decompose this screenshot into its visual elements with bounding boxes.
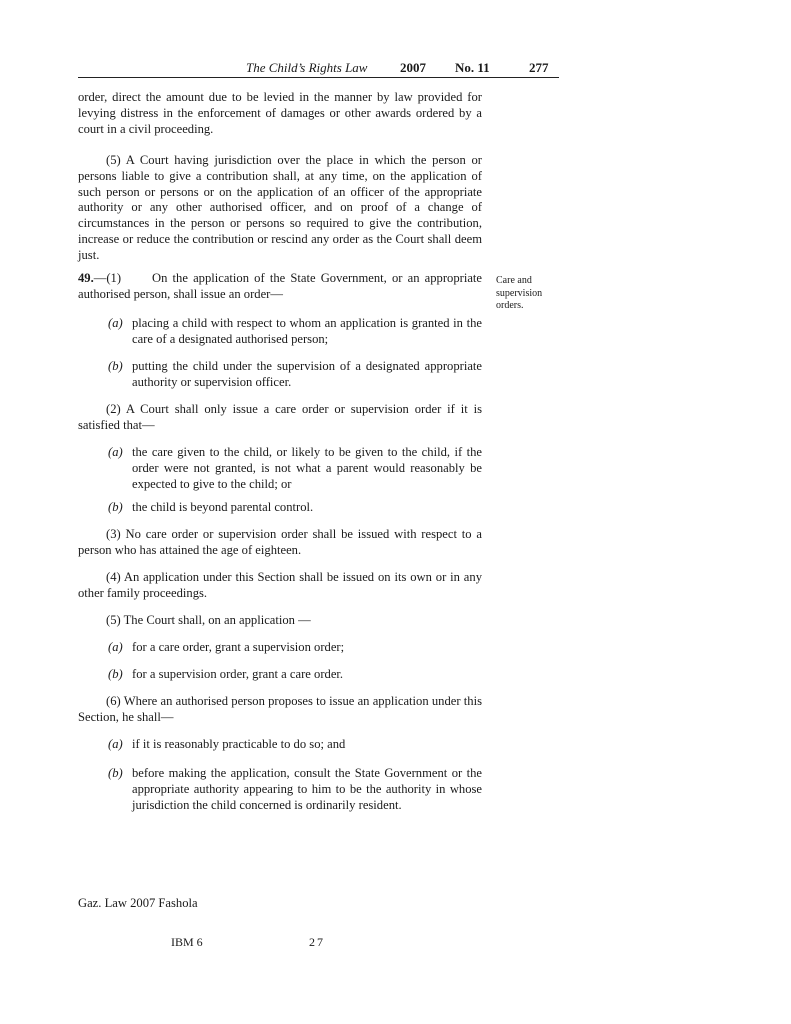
section-49-subsection-4: (4) An application under this Section sh… [78, 570, 482, 602]
header-page-number: 277 [529, 60, 549, 76]
item-text: if it is reasonably practicable to do so… [132, 737, 482, 753]
item-label: (a) [108, 737, 132, 753]
list-item: (a) placing a child with respect to whom… [108, 316, 482, 348]
header-year: 2007 [400, 60, 426, 76]
item-text: the child is beyond parental control. [132, 500, 482, 516]
section-number: 49. [78, 271, 94, 285]
section-49-subsection-3: (3) No care order or supervision order s… [78, 527, 482, 559]
item-text: the care given to the child, or likely t… [132, 445, 482, 492]
list-item: (b) for a supervision order, grant a car… [108, 667, 482, 683]
list-item: (b) putting the child under the supervis… [108, 359, 482, 391]
subsection-text: On the application of the State Governme… [78, 271, 482, 301]
section-49-subsection-2: (2) A Court shall only issue a care orde… [78, 402, 482, 434]
item-label: (a) [108, 445, 132, 461]
continuation-paragraph: order, direct the amount due to be levie… [78, 90, 482, 137]
item-text: placing a child with respect to whom an … [132, 316, 482, 348]
item-text: for a care order, grant a supervision or… [132, 640, 482, 656]
item-text: putting the child under the supervision … [132, 359, 482, 391]
item-label: (b) [108, 500, 132, 516]
list-item: (a) the care given to the child, or like… [108, 445, 482, 492]
paragraph-prev-5: (5) A Court having jurisdiction over the… [78, 153, 482, 264]
header-law-number: No. 11 [455, 60, 490, 76]
item-label: (b) [108, 766, 132, 782]
footer-gazette-reference: Gaz. Law 2007 Fashola [78, 896, 198, 911]
section-49-subsection-5: (5) The Court shall, on an application — [78, 613, 482, 629]
footer-sheet-number: 27 [309, 935, 325, 950]
item-label: (b) [108, 359, 132, 375]
header-title: The Child’s Rights Law [246, 60, 367, 76]
footer-printer-code: IBM 6 [171, 935, 203, 950]
list-item: (b) the child is beyond parental control… [108, 500, 482, 516]
list-item: (a) for a care order, grant a supervisio… [108, 640, 482, 656]
header-divider [78, 77, 559, 78]
item-label: (a) [108, 640, 132, 656]
running-header: The Child’s Rights Law 2007 No. 11 277 [78, 60, 559, 78]
subsection-label: —(1) [94, 271, 121, 285]
item-text: for a supervision order, grant a care or… [132, 667, 482, 683]
section-49-subsection-1: 49.—(1) On the application of the State … [78, 271, 482, 303]
item-label: (a) [108, 316, 132, 332]
item-label: (b) [108, 667, 132, 683]
margin-note: Care and supervision orders. [496, 275, 566, 313]
item-text: before making the application, consult t… [132, 766, 482, 813]
list-item: (a) if it is reasonably practicable to d… [108, 737, 482, 753]
section-49-subsection-6: (6) Where an authorised person proposes … [78, 694, 482, 726]
list-item: (b) before making the application, consu… [108, 766, 482, 813]
